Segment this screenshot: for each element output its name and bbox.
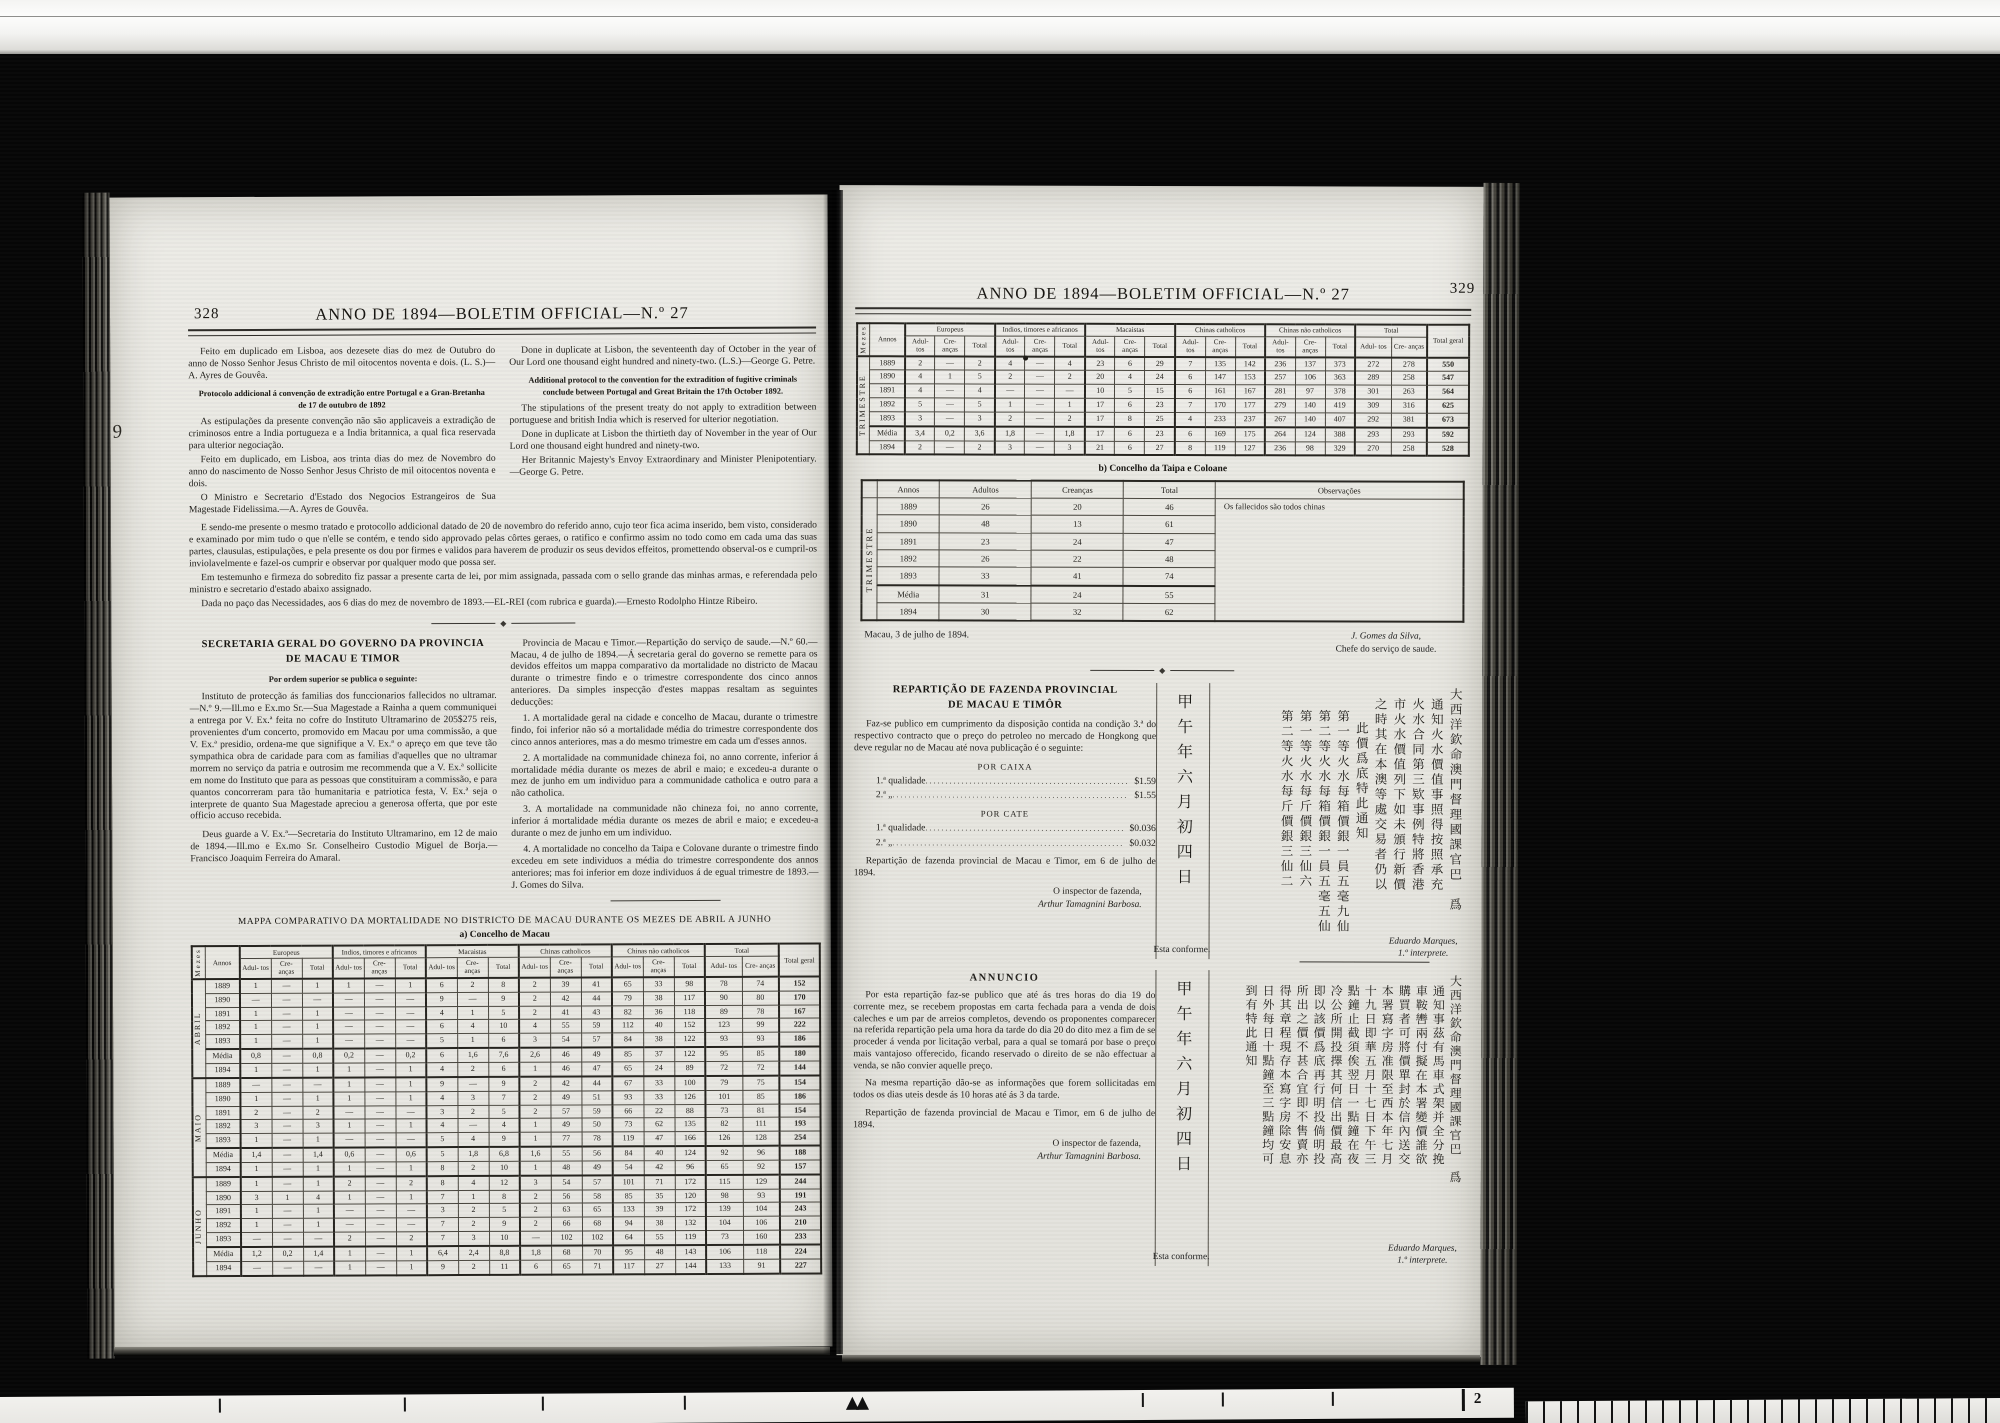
column-header: Adultos (939, 481, 1031, 498)
table-cell: 65 (551, 1260, 582, 1274)
table-cell: 6 (1175, 371, 1205, 385)
table-cell: 160 (743, 1230, 780, 1245)
table-cell: 48 (644, 1245, 675, 1259)
table-cell: 17 (1085, 412, 1115, 426)
section-heading: Protocolo addicional á convenção de extr… (196, 387, 487, 413)
secretaria-col: SECRETARIA GERAL DO GOVERNO DA PROVINCIA… (189, 636, 497, 904)
table-cell: 2 (458, 1260, 489, 1274)
table-cell: — (1025, 441, 1055, 455)
table-cell: 2 (520, 1190, 551, 1204)
table-cell: — (364, 1034, 395, 1048)
table-cell: — (334, 1218, 365, 1232)
table-cell: — (333, 1020, 364, 1034)
table-cell: 1 (334, 1162, 365, 1176)
table-cell: 9 (489, 1133, 520, 1147)
table-cell: — (457, 992, 488, 1006)
table-cell: 6 (426, 978, 457, 992)
paragraph: Instituto de protecção ás familias dos f… (190, 690, 498, 822)
table-cell: 80 (742, 991, 779, 1005)
table-cell: 17 (1085, 427, 1115, 441)
table-row: 18933—32—2178254233237267140407292381673 (857, 412, 1469, 428)
table-cell: — (935, 356, 965, 370)
table-cell: 1 (396, 1119, 427, 1133)
table-cell: 1 (457, 1034, 488, 1048)
table-cell: 1892 (870, 398, 905, 412)
end-rule (610, 900, 720, 901)
table-cell: — (1025, 356, 1055, 370)
table-cell: 1 (333, 1077, 364, 1091)
table-cell: 33 (643, 1076, 674, 1090)
table-cell: 3,4 (905, 426, 935, 440)
table-cell: 63 (551, 1203, 582, 1217)
title-line: REPARTIÇÃO DE FAZENDA PROVINCIAL (854, 682, 1156, 698)
table-cell: 1 (395, 1091, 426, 1105)
list-item: 1. A mortalidade geral na cidade e conce… (511, 711, 818, 748)
table-cell: 57 (581, 1033, 612, 1047)
table-cell: — (396, 1218, 427, 1232)
table-cell: — (333, 1106, 364, 1120)
table-cell: — (365, 1162, 396, 1176)
section-title: ANNUNCIO (853, 971, 1155, 985)
table-cell: 4 (426, 1063, 457, 1077)
column-group-header: Macaistas (426, 945, 519, 957)
subheading: Por ordem superior se publica o seguinte… (190, 674, 497, 686)
table-cell: 1889 (877, 498, 939, 516)
signature-role: Chefe do serviço de saude. (1336, 645, 1437, 655)
table-cell: 123 (705, 1019, 742, 1033)
table-cell: 96 (743, 1146, 780, 1161)
table-cell: 4 (519, 1020, 550, 1034)
masthead-title: ANNO DE 1894—BOLETIM OFFICIAL—N.º 27 (977, 284, 1350, 304)
table-cell: 81 (743, 1104, 780, 1118)
table-cell: 17 (1085, 398, 1115, 412)
table-cell: — (365, 1204, 396, 1218)
table-cell: 25 (1145, 412, 1175, 426)
table-cell: — (271, 979, 302, 993)
paragraph: Provincia de Macau e Timor.—Repartição d… (510, 636, 817, 709)
table-cell: 101 (613, 1175, 644, 1189)
chinese-column: 火水合同第三欵事例特將香港 (1407, 687, 1426, 955)
table-cell: 72 (742, 1061, 779, 1076)
table-cell: — (1055, 384, 1085, 398)
table-cell: 1 (240, 1035, 271, 1049)
section-title: REPARTIÇÃO DE FAZENDA PROVINCIAL DE MACA… (854, 682, 1156, 713)
price-value: $1.59 (1128, 775, 1156, 787)
table-cell: 29 (1145, 356, 1175, 370)
table-cell: 85 (742, 1047, 779, 1062)
table-cell: 1 (396, 1246, 427, 1260)
table-cell: 73 (706, 1104, 743, 1118)
mortality-table-trimestre: Mezes Annos Europeus Indios, timores e a… (856, 322, 1470, 457)
section-rule (1300, 961, 1430, 962)
price-row: 1.ª qualidade $1.59 (876, 775, 1156, 788)
heading-line: conclude between Portugal and Great Brit… (517, 386, 808, 400)
table-cell: — (1025, 412, 1055, 426)
table-cell: — (365, 1261, 396, 1275)
dot-leader (925, 823, 1123, 833)
table-header: Mezes Annos Europeus Indios, timores e a… (857, 323, 1469, 357)
table-cell: 4 (905, 370, 935, 384)
fazenda-portuguese-col: REPARTIÇÃO DE FAZENDA PROVINCIAL DE MACA… (854, 682, 1157, 959)
table-cell: 1 (241, 1219, 272, 1233)
table-cell: 8 (427, 1161, 458, 1175)
table-cell: — (334, 1133, 365, 1147)
divider-ornament: ◆ (854, 665, 1470, 676)
table-cell: 106 (1295, 371, 1325, 385)
table-cell: 47 (1123, 533, 1215, 551)
table-cell: 2 (905, 440, 935, 454)
table-cell: 117 (613, 1260, 644, 1274)
column-header: Adul- tos (1265, 336, 1295, 357)
paragraph: Done in duplicate at Lisbon the thirtiet… (510, 428, 817, 453)
table-cell: 1893 (206, 1134, 241, 1148)
table-cell: — (272, 1177, 303, 1191)
table-cell: 96 (675, 1160, 706, 1174)
table-cell: 78 (582, 1132, 613, 1146)
ruler-tick (219, 1399, 221, 1413)
table-cell: 0,8 (302, 1049, 333, 1063)
table-cell: 1 (303, 1218, 334, 1232)
table-cell: 6 (426, 1020, 457, 1034)
month-label: ABRIL (192, 979, 205, 1078)
table-cell: 2 (334, 1176, 365, 1190)
table-cell: 1 (334, 1119, 365, 1133)
table-cell: 48 (1123, 550, 1215, 568)
table-cell: 0,2 (333, 1049, 364, 1063)
table-cell: 93 (612, 1090, 643, 1104)
table-cell: 177 (1235, 399, 1265, 413)
table-cell: 119 (1205, 441, 1235, 455)
table-cell: 88 (675, 1104, 706, 1118)
table-cell: 133 (706, 1259, 743, 1274)
table-cell: 1890 (877, 515, 939, 533)
table-cell: 21 (1085, 441, 1115, 455)
masthead-rule (188, 326, 816, 336)
table-cell: 23 (1145, 427, 1175, 441)
table-cell: 10 (489, 1161, 520, 1175)
table-cell: 227 (780, 1259, 821, 1274)
table-cell: 1890 (205, 1092, 240, 1106)
column-header: Total (1055, 336, 1085, 357)
table-cell: 293 (1355, 427, 1391, 441)
table-cell: 74 (1123, 568, 1215, 586)
column-header: Adul- tos (705, 956, 742, 977)
table-cell: 6 (1115, 441, 1145, 455)
dot-leader (892, 838, 1123, 849)
table-cell: 270 (1355, 442, 1391, 456)
table-row: 18942—23—321627811912723698329270258528 (857, 440, 1469, 456)
column-header: Total (674, 956, 705, 977)
table-cell: 281 (1265, 385, 1295, 399)
column-header: Total geral (1427, 325, 1469, 358)
table-cell: — (271, 1035, 302, 1049)
table-cell: 49 (582, 1161, 613, 1175)
table-cell: 24 (1031, 533, 1123, 551)
table-cell: 30 (939, 603, 1031, 621)
table-cell: 72 (705, 1061, 742, 1076)
table-cell: — (271, 993, 302, 1007)
table-cell: 5 (905, 398, 935, 412)
table-cell: 32 (1031, 603, 1123, 621)
mortality-table-macau: Mezes Annos Europeus Indios, timores e a… (191, 943, 823, 1277)
table-cell: 102 (551, 1231, 582, 1245)
table-cell: 0,6 (334, 1148, 365, 1162)
column-header: Annos (870, 323, 905, 356)
column-header (862, 481, 878, 498)
column-group-header: Europeus (240, 946, 333, 958)
table-cell: 0,8 (240, 1049, 271, 1063)
table-cell: 1889 (205, 979, 240, 993)
table-cell: 564 (1427, 385, 1469, 399)
table-cell: 57 (551, 1105, 582, 1119)
table-cell: — (364, 1077, 395, 1091)
signature-name: Eduardo Marques, (1389, 935, 1458, 948)
table-cell: — (1025, 384, 1055, 398)
table-cell: 2 (302, 1106, 333, 1120)
chinese-date-column: 甲午年六月初四日 (1156, 683, 1211, 959)
table-cell: 1 (334, 1191, 365, 1205)
table-cell: 1,4 (303, 1148, 334, 1162)
chinese-column: 日外每日十點鐘至三點鐘均可 (1258, 974, 1276, 1242)
table-cell: 1 (519, 1062, 550, 1076)
column-header: Mezes (857, 323, 870, 356)
table-cell: 56 (551, 1190, 582, 1204)
heading-line: Protocolo addicional á convenção de extr… (196, 387, 487, 401)
table-cell: 1 (303, 1162, 334, 1176)
table-cell: — (272, 1232, 303, 1246)
table-cell: 237 (1235, 413, 1265, 427)
table-cell: 98 (674, 977, 705, 991)
table-cell: 98 (1295, 441, 1325, 455)
table-cell: — (364, 1006, 395, 1020)
table-cell: 6 (426, 1048, 457, 1062)
table-cell: 115 (706, 1175, 743, 1190)
chinese-date: 甲午年六月初四日 (1170, 970, 1194, 1266)
table-cell: 39 (644, 1203, 675, 1217)
table-cell: 222 (779, 1018, 820, 1032)
table-cell: 135 (1205, 357, 1235, 371)
table-cell: 129 (743, 1174, 780, 1189)
table-cell: — (395, 1020, 426, 1034)
table-cell: 46 (550, 1062, 581, 1076)
table-cell: 170 (779, 991, 820, 1005)
table-cell: — (365, 1176, 396, 1190)
section-heading: Additional protocol to the convention fo… (517, 373, 808, 399)
ruler-tick (404, 1397, 406, 1411)
chinese-column: 第一等火水每斤價銀三仙六 (1295, 687, 1314, 955)
list-item: 4. A mortalidade no concelho da Taipa e … (511, 842, 818, 891)
table-cell: 93 (742, 1032, 779, 1047)
table-cell: Média (877, 585, 939, 603)
table-cell: — (272, 1148, 303, 1162)
table-cell: 77 (551, 1132, 582, 1146)
page-right-content: ANNO DE 1894—BOLETIM OFFICIAL—N.º 27 329… (853, 283, 1472, 1266)
table-cell: 1,8 (995, 426, 1025, 440)
table-cell: — (271, 1092, 302, 1106)
table-cell: 59 (582, 1104, 613, 1118)
table-cell: 27 (644, 1259, 675, 1273)
table-cell: 38 (644, 1217, 675, 1231)
table-header: Mezes Annos Europeus Indios, timores e a… (192, 944, 820, 979)
table-cell: 55 (551, 1147, 582, 1161)
price-row: 2.ª „ $1.55 (876, 790, 1156, 803)
title-line: DE MACAU E TIMOR (189, 651, 496, 668)
table-cell: 1893 (205, 1035, 240, 1049)
chinese-column: 大西洋欽命澳門督理國課官巴 爲 (1446, 975, 1464, 1243)
table-cell: — (364, 978, 395, 992)
chinese-column: 車鞍轡兩付擬在本署變價誰欲 (1412, 974, 1430, 1242)
table-cell: — (240, 1078, 271, 1092)
paragraph: As estipulações da presente convenção nã… (188, 415, 495, 452)
column-group-header: Chinas não catholicos (1265, 324, 1355, 336)
table-cell: 111 (743, 1118, 780, 1132)
signature-role: 1.º interprete. (1389, 947, 1458, 960)
table-cell: 54 (550, 1033, 581, 1047)
signature-name: Arthur Tamagnini Barbosa. (854, 898, 1142, 912)
table-cell: 106 (706, 1245, 743, 1260)
table-cell: — (364, 1105, 395, 1119)
table-cell: 91 (743, 1259, 780, 1274)
chinese-column: 到有特此通知 (1241, 974, 1259, 1242)
table-cell: 381 (1391, 413, 1427, 427)
chinese-column: 十九日即華五月十七日下午三 (1361, 974, 1379, 1242)
table-cell: 26 (939, 550, 1031, 568)
table-cell: 550 (1427, 357, 1469, 371)
masthead: 328 ANNO DE 1894—BOLETIM OFFICIAL—N.º 27 (188, 302, 816, 325)
table-cell: — (364, 1092, 395, 1106)
price-label: 2.ª „ (876, 790, 893, 802)
table-cell: — (395, 1006, 426, 1020)
paragraph: O Ministro e Secretario d'Estado dos Neg… (189, 490, 496, 515)
table-cell: 154 (780, 1104, 821, 1118)
chinese-notice-auction: 大西洋欽命澳門督理國課官巴 爲 通知事茲有馬車式架并全分挽 車鞍轡兩付擬在本署變… (1209, 970, 1470, 1243)
table-cell: 673 (1427, 413, 1469, 427)
table-cell: 2 (457, 1062, 488, 1076)
table-cell: 2 (458, 1204, 489, 1218)
column-header: Adul- tos (333, 958, 364, 979)
column-header: Adul- tos (905, 335, 935, 356)
table-cell: — (333, 1007, 364, 1021)
chinese-column: 所出之價不甚合宜即不售賣亦 (1292, 974, 1310, 1242)
table-cell: 1 (396, 1190, 427, 1204)
table-cell: 37 (643, 1047, 674, 1061)
column-header: Creanças (1031, 481, 1123, 498)
table-cell: 258 (1391, 442, 1427, 456)
column-header: Total (1145, 336, 1175, 357)
table-cell: 1892 (206, 1120, 241, 1134)
column-header: Observações (1215, 482, 1463, 500)
column-header: Total (1325, 336, 1355, 357)
table-cell: 152 (674, 1019, 705, 1033)
table-cell: 140 (1295, 399, 1325, 413)
table-cell: 4 (458, 1176, 489, 1190)
table-cell: 1894 (877, 603, 939, 621)
table-cell: 8 (488, 978, 519, 992)
column-header: Adul- tos (1085, 336, 1115, 357)
table-cell: 1 (395, 1063, 426, 1077)
table-cell: 99 (742, 1019, 779, 1033)
table-cell: 1 (396, 1261, 427, 1275)
paragraph: Dada no paço das Necessidades, aos 6 dia… (189, 595, 817, 610)
chinese-column: 通知事茲有馬車式架并全分挽 (1429, 975, 1447, 1243)
table-cell: 528 (1427, 442, 1469, 456)
table-cell: 233 (780, 1230, 821, 1245)
table-cell: 1,8 (520, 1246, 551, 1260)
table-cell: 6 (1175, 385, 1205, 399)
table-cell: 1 (272, 1191, 303, 1205)
table-cell: 54 (551, 1175, 582, 1189)
interpreter-signature: Eduardo Marques, 1.º interprete. (1389, 935, 1458, 960)
signature-role: O inspector de fazenda, (854, 885, 1142, 899)
table-cell: — (271, 1078, 302, 1092)
column-group-header: Chinas catholicos (519, 945, 612, 957)
table-cell: 89 (674, 1061, 705, 1075)
table-cell: 233 (1205, 413, 1235, 427)
table-cell: 3 (426, 1105, 457, 1119)
table-cell: 132 (675, 1217, 706, 1231)
table-cell: — (364, 1063, 395, 1077)
table-cell: — (302, 993, 333, 1007)
table-cell: Média (205, 1049, 240, 1063)
table-cell: 85 (742, 1090, 779, 1104)
table-cell: 3 (995, 441, 1025, 455)
table-cell: 119 (613, 1132, 644, 1146)
table-cell: 20 (1085, 371, 1115, 385)
table-cell: — (1025, 371, 1055, 385)
date-line: Macau, 3 de julho de 1894. (864, 630, 969, 656)
chinese-date: 甲午年六月初四日 (1171, 683, 1195, 959)
table-cell: 100 (674, 1076, 705, 1090)
table-cell: 126 (706, 1132, 743, 1147)
table-cell: 1 (240, 1007, 271, 1021)
table-group-maio: MAIO1889———1—19—924244673310079751541890… (192, 1075, 821, 1177)
chinese-column: 第二等火水每箱價銀一員五毫五仙 (1314, 687, 1333, 955)
table-cell: 1 (302, 1092, 333, 1106)
table-cell: 3 (427, 1204, 458, 1218)
book-gutter-shadow (823, 190, 843, 1354)
column-group-header: Chinas não catholicos (612, 944, 705, 956)
table-cell: 2 (995, 412, 1025, 426)
table-cell: 46 (550, 1048, 581, 1062)
table-cell: 180 (779, 1047, 820, 1062)
table-cell: 1,6 (457, 1048, 488, 1062)
film-ruler-strip-right (1526, 1398, 2000, 1423)
table-cell: 15 (1145, 385, 1175, 399)
table-cell: 22 (1031, 550, 1123, 568)
table-cell: 122 (674, 1033, 705, 1047)
table-cell: 6 (1175, 427, 1205, 441)
price-value: $1.55 (1128, 790, 1156, 802)
table-cell: — (365, 1218, 396, 1232)
page-bottom-edge (114, 1347, 830, 1356)
paragraph: Faz-se publico em cumprimento da disposi… (854, 718, 1156, 754)
secretaria-columns: SECRETARIA GERAL DO GOVERNO DA PROVINCIA… (189, 634, 818, 904)
table-cell: Média (206, 1148, 241, 1162)
table-cell: 293 (1391, 427, 1427, 441)
table-cell: 1 (241, 1134, 272, 1148)
table-cell: 54 (613, 1161, 644, 1175)
dot-leader (926, 776, 1129, 786)
paragraph: Deus guarde a V. Ex.ª—Secretaria do Inst… (190, 828, 497, 865)
table-cell: 10 (1085, 385, 1115, 399)
ruler-tick (1142, 1393, 1144, 1407)
table-cell: 193 (780, 1117, 821, 1131)
table-cell: 1893 (870, 412, 905, 426)
table-cell: 1 (457, 1006, 488, 1020)
table-cell: 4 (1175, 412, 1205, 426)
table-cell: 3 (905, 412, 935, 426)
signature-block: O inspector de fazenda, Arthur Tamagnini… (854, 885, 1156, 912)
